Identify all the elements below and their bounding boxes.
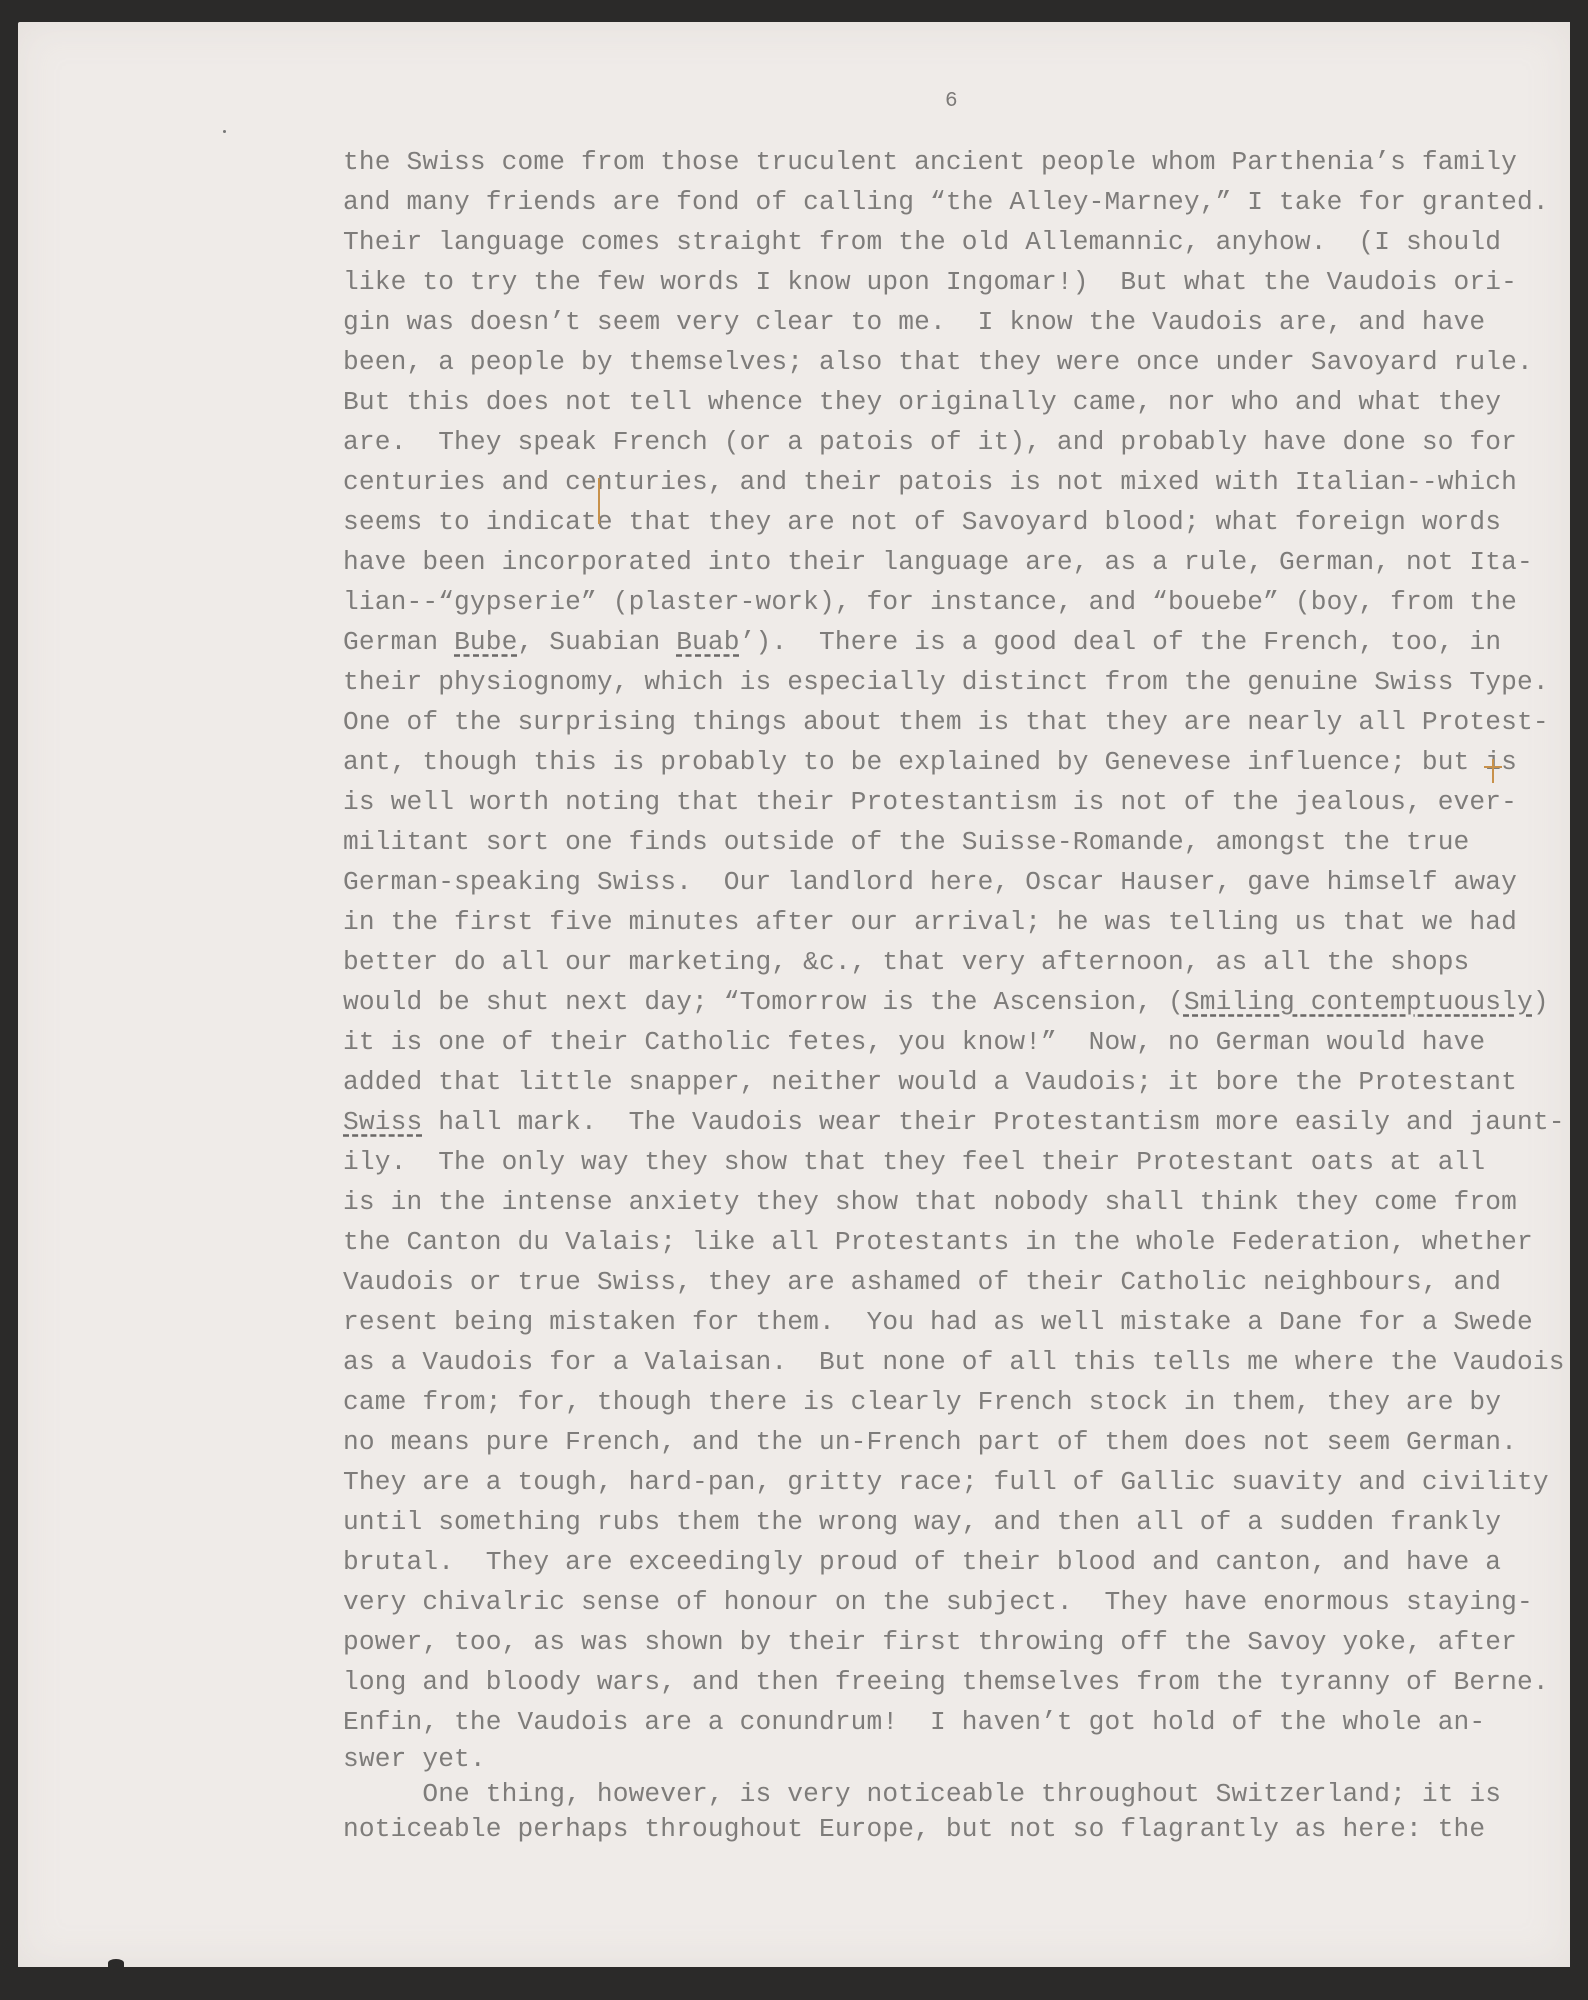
text-line: have been incorporated into their langua… <box>343 542 1565 582</box>
text-line: Their language comes straight from the o… <box>343 222 1565 262</box>
text-line: resent being mistaken for them. You had … <box>343 1302 1565 1342</box>
text-line: the Swiss come from those truculent anci… <box>343 142 1565 182</box>
text-line: power, too, as was shown by their first … <box>343 1622 1565 1662</box>
text-line: One of the surprising things about them … <box>343 702 1565 742</box>
text-segment: hall mark. The Vaudois wear their Protes… <box>422 1107 1564 1137</box>
text-line: in the first five minutes after our arri… <box>343 902 1565 942</box>
text-segment: ’). There is a good deal of the French, … <box>740 627 1502 657</box>
text-line: brutal. They are exceedingly proud of th… <box>343 1542 1565 1582</box>
ink-speck <box>223 130 226 133</box>
text-line: until something rubs them the wrong way,… <box>343 1502 1565 1542</box>
pencil-correction-mark-cross <box>1484 766 1502 768</box>
text-line: Swiss hall mark. The Vaudois wear their … <box>343 1102 1565 1142</box>
text-line: militant sort one finds outside of the S… <box>343 822 1565 862</box>
underlined-word: Buab <box>676 627 739 657</box>
text-line: noticeable perhaps throughout Europe, bu… <box>343 1812 1565 1847</box>
underlined-word: Smiling contemptuously <box>1184 987 1533 1017</box>
text-line: One thing, however, is very noticeable t… <box>343 1777 1565 1812</box>
text-line: long and bloody wars, and then freeing t… <box>343 1662 1565 1702</box>
text-line: German-speaking Swiss. Our landlord here… <box>343 862 1565 902</box>
text-line: Vaudois or true Swiss, they are ashamed … <box>343 1262 1565 1302</box>
text-line: no means pure French, and the un-French … <box>343 1422 1565 1462</box>
text-line: seems to indicate that they are not of S… <box>343 502 1565 542</box>
text-line: are. They speak French (or a patois of i… <box>343 422 1565 462</box>
text-line: and many friends are fond of calling “th… <box>343 182 1565 222</box>
text-line: like to try the few words I know upon In… <box>343 262 1565 302</box>
pencil-correction-mark <box>1492 759 1494 783</box>
text-segment: , Suabian <box>518 627 677 657</box>
text-line: German Bube, Suabian Buab’). There is a … <box>343 622 1565 662</box>
text-line: the Canton du Valais; like all Protestan… <box>343 1222 1565 1262</box>
paper-tear <box>108 1959 124 1967</box>
text-line: They are a tough, hard-pan, gritty race;… <box>343 1462 1565 1502</box>
text-line: ily. The only way they show that they fe… <box>343 1142 1565 1182</box>
text-line: lian--“gypserie” (plaster-work), for ins… <box>343 582 1565 622</box>
text-line: is in the intense anxiety they show that… <box>343 1182 1565 1222</box>
text-segment: ) <box>1533 987 1549 1017</box>
text-line: better do all our marketing, &c., that v… <box>343 942 1565 982</box>
text-line: would be shut next day; “Tomorrow is the… <box>343 982 1565 1022</box>
text-line: is well worth noting that their Protesta… <box>343 782 1565 822</box>
text-line: centuries and centuries, and their patoi… <box>343 462 1565 502</box>
text-line: very chivalric sense of honour on the su… <box>343 1582 1565 1622</box>
text-line: Enfin, the Vaudois are a conundrum! I ha… <box>343 1702 1565 1742</box>
text-line: came from; for, though there is clearly … <box>343 1382 1565 1422</box>
text-line: been, a people by themselves; also that … <box>343 342 1565 382</box>
text-line: But this does not tell whence they origi… <box>343 382 1565 422</box>
text-segment: would be shut next day; “Tomorrow is the… <box>343 987 1184 1017</box>
text-line: gin was doesn’t seem very clear to me. I… <box>343 302 1565 342</box>
text-segment: German <box>343 627 454 657</box>
underlined-word: Bube <box>454 627 517 657</box>
text-line: as a Vaudois for a Valaisan. But none of… <box>343 1342 1565 1382</box>
underlined-word: Swiss <box>343 1107 422 1137</box>
page-number: 6 <box>945 90 958 113</box>
text-line: added that little snapper, neither would… <box>343 1062 1565 1102</box>
typed-text-block: the Swiss come from those truculent anci… <box>343 142 1565 1847</box>
text-line: ant, though this is probably to be expla… <box>343 742 1565 782</box>
typewritten-page: 6 the Swiss come from those truculent an… <box>18 22 1570 1967</box>
text-line: their physiognomy, which is especially d… <box>343 662 1565 702</box>
pencil-divider-mark <box>598 478 600 524</box>
text-line: it is one of their Catholic fetes, you k… <box>343 1022 1565 1062</box>
text-line: swer yet. <box>343 1742 1565 1777</box>
